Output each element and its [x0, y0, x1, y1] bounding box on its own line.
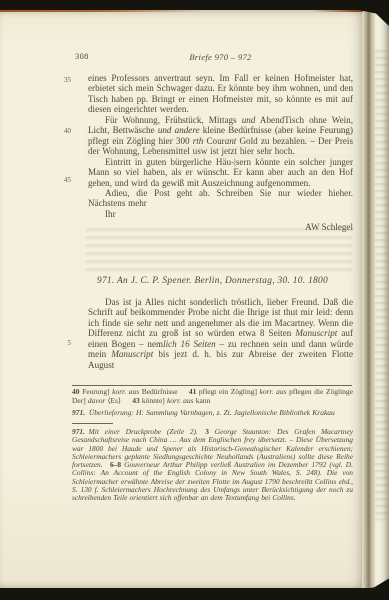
- letter-971-text: Das ist ja Alles nicht sonderlich tröstl…: [88, 297, 353, 370]
- scan-border-bottom: [0, 588, 389, 600]
- apparatus-entry: 971. Überlieferung: H: Sammlung Varnhage…: [72, 409, 353, 418]
- running-title: Briefe 970 – 972: [88, 52, 353, 62]
- closing-salutation: Ihr: [88, 209, 353, 219]
- variants-apparatus: 40 Feurung] korr. aus Bedürfnisse 41 pfl…: [72, 388, 353, 405]
- letter-970-text: eines Professors anvertraut seyn. Im Fal…: [88, 73, 353, 233]
- verso-bleed-through: [86, 228, 352, 274]
- paragraph: Eintritt in guten bürgerliche Häu-|sern …: [88, 157, 353, 188]
- letter-971-heading: 971. An J. C. P. Spener. Berlin, Donners…: [72, 276, 353, 286]
- page-number: 308: [75, 52, 89, 61]
- scan-edge-accent: [0, 10, 363, 12]
- margin-line-number-5: 5: [56, 339, 71, 347]
- book-page: 308 Briefe 970 – 972 35 40 45 5 eines Pr…: [0, 10, 363, 589]
- paragraph: Adieu, die Post geht ab. Schreiben Sie n…: [88, 188, 353, 209]
- margin-line-number-40: 40: [56, 127, 71, 135]
- apparatus-entry: 40 Feurung] korr. aus Bedürfnisse 41 pfl…: [72, 388, 353, 405]
- editorial-commentary: 971. Mit einer Druckprobe (Zeile 2). 3 G…: [72, 428, 353, 502]
- facing-page-edge: [373, 10, 389, 589]
- facing-page-text-ghost: [375, 50, 387, 520]
- commentary-text: 971. Mit einer Druckprobe (Zeile 2). 3 G…: [72, 428, 353, 502]
- apparatus-divider-rule: [72, 385, 352, 386]
- paragraph: Das ist ja Alles nicht sonderlich tröstl…: [88, 297, 353, 370]
- signature: AW Schlegel: [88, 222, 353, 232]
- margin-line-number-45: 45: [56, 176, 71, 184]
- commentary-divider-rule: [72, 423, 113, 424]
- paragraph: Für Wohnung, Frühstück, Mittags und Aben…: [88, 115, 353, 157]
- scan-border-top: [0, 0, 389, 10]
- paragraph: eines Professors anvertraut seyn. Im Fal…: [88, 73, 353, 115]
- book-gutter-shadow: [362, 10, 373, 589]
- book-scan: 308 Briefe 970 – 972 35 40 45 5 eines Pr…: [0, 0, 389, 600]
- transmission-note: 971. Überlieferung: H: Sammlung Varnhage…: [72, 409, 353, 418]
- margin-line-number-35: 35: [56, 76, 71, 84]
